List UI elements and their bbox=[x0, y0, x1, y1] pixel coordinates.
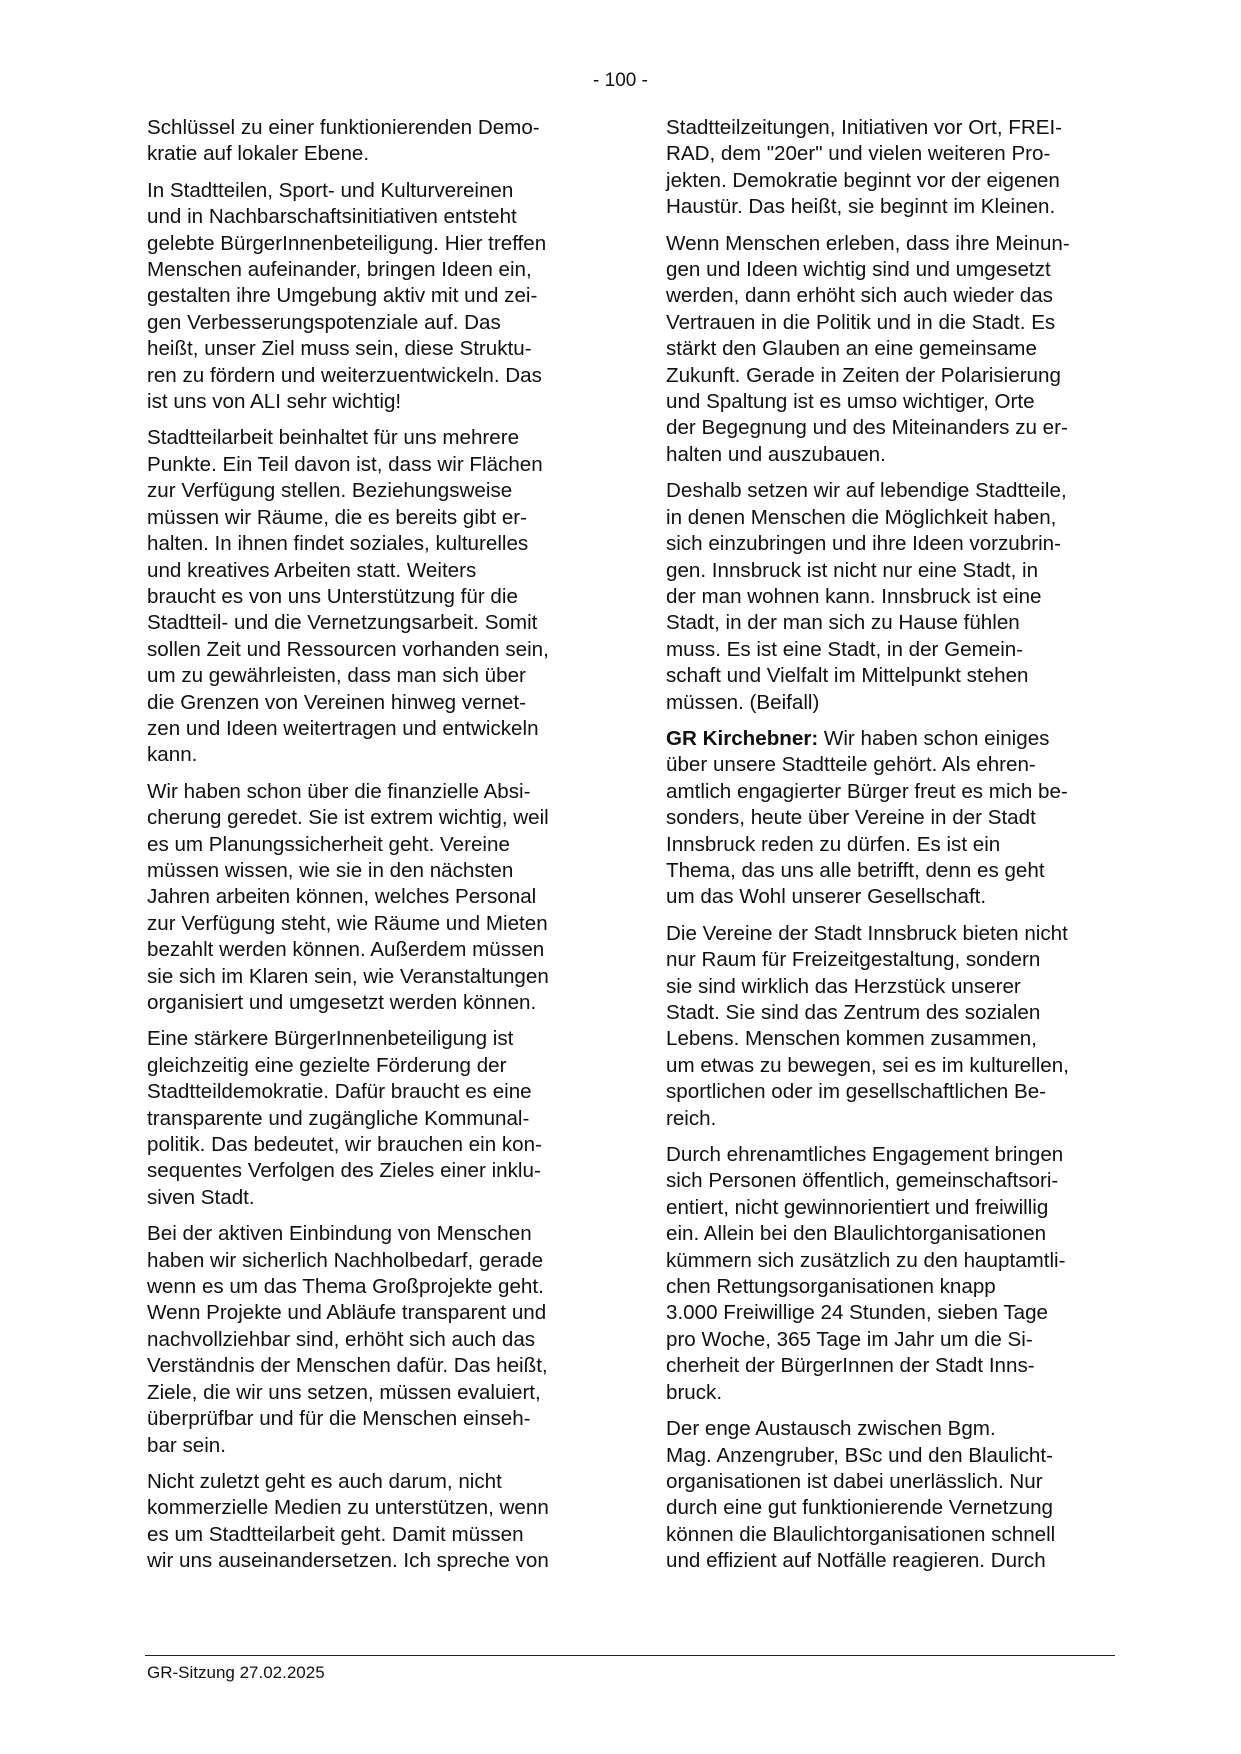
speech-paragraph: GR Kirchebner: Wir haben schon einiges ü… bbox=[666, 726, 1120, 911]
paragraph: Stadtteilarbeit beinhaltet für uns mehre… bbox=[147, 425, 599, 768]
paragraph: Durch ehrenamtliches Engagement bringen … bbox=[666, 1142, 1120, 1406]
paragraph: Schlüssel zu einer funktionierenden Demo… bbox=[147, 115, 599, 168]
left-column: Schlüssel zu einer funktionierenden Demo… bbox=[147, 115, 599, 1585]
paragraph: Die Vereine der Stadt Innsbruck bieten n… bbox=[666, 921, 1120, 1132]
paragraph: Wenn Menschen erleben, dass ihre Meinun-… bbox=[666, 231, 1120, 469]
paragraph: Stadtteilzeitungen, Initiativen vor Ort,… bbox=[666, 115, 1120, 221]
paragraph: Wir haben schon über die finanzielle Abs… bbox=[147, 779, 599, 1017]
footer-divider bbox=[145, 1655, 1115, 1656]
paragraph: Bei der aktiven Einbindung von Menschen … bbox=[147, 1221, 599, 1459]
speaker-name: GR Kirchebner: bbox=[666, 727, 818, 750]
footer-text: GR-Sitzung 27.02.2025 bbox=[147, 1663, 325, 1683]
paragraph: In Stadtteilen, Sport- und Kulturvereine… bbox=[147, 178, 599, 416]
paragraph: Eine stärkere BürgerInnenbeteiligung ist… bbox=[147, 1026, 599, 1211]
paragraph: Der enge Austausch zwischen Bgm. Mag. An… bbox=[666, 1416, 1120, 1574]
page-number: - 100 - bbox=[0, 70, 1241, 92]
paragraph: Deshalb setzen wir auf lebendige Stadtte… bbox=[666, 478, 1120, 716]
right-column: Stadtteilzeitungen, Initiativen vor Ort,… bbox=[666, 115, 1120, 1585]
speech-text: Wir haben schon einiges über unsere Stad… bbox=[666, 727, 1068, 908]
paragraph: Nicht zuletzt geht es auch darum, nicht … bbox=[147, 1469, 599, 1575]
